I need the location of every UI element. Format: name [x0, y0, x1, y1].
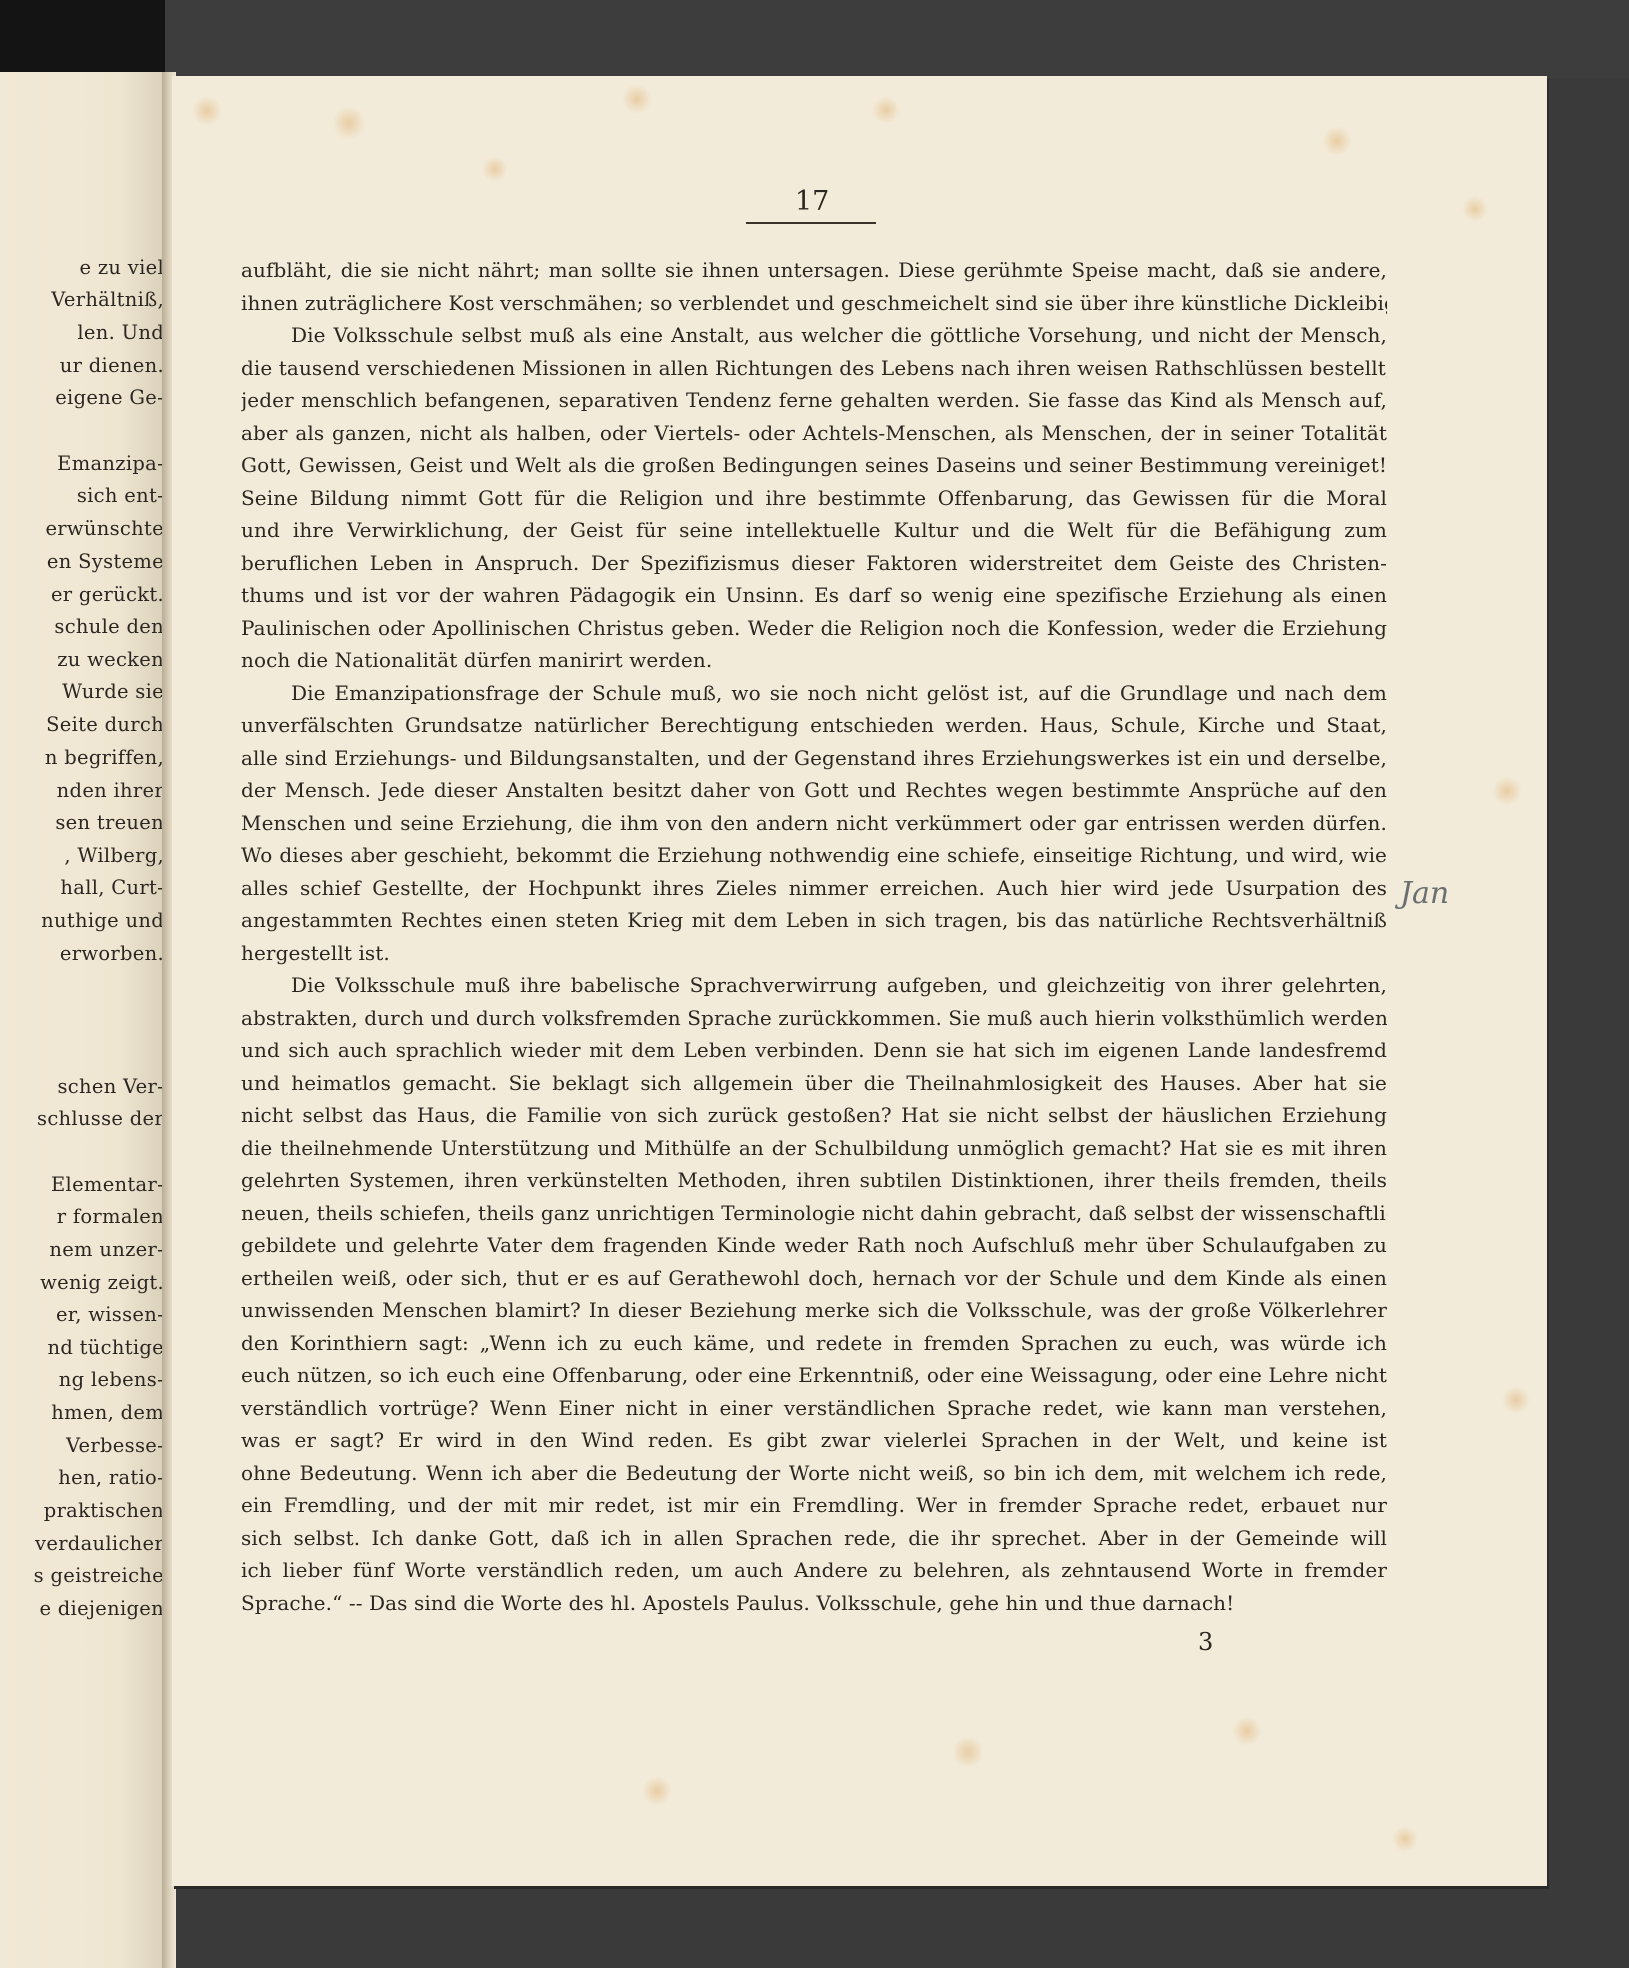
foxing-stain: [642, 1776, 672, 1806]
text-line: sich selbst. Ich danke Gott, daß ich in …: [241, 1522, 1387, 1555]
foxing-stain: [872, 96, 900, 124]
left-page-line: ng lebens-: [59, 1368, 164, 1391]
foxing-stain: [1322, 126, 1352, 156]
text-line: Menschen und seine Erziehung, die ihm vo…: [241, 807, 1387, 840]
left-page-line: e zu viel: [80, 256, 165, 279]
text-line: ein Fremdling, und der mit mir redet, is…: [241, 1489, 1387, 1522]
text-line: Wo dieses aber geschieht, bekommt die Er…: [241, 839, 1387, 872]
text-line: jeder menschlich befangenen, separativen…: [241, 384, 1387, 417]
text-line: und ihre Verwirklichung, der Geist für s…: [241, 514, 1387, 547]
text-line: ertheilen weiß, oder sich, thut er es au…: [241, 1262, 1387, 1295]
left-page-line: nden ihrer: [57, 779, 164, 802]
text-line: alles schief Gestellte, der Hochpunkt ih…: [241, 872, 1387, 905]
foxing-stain: [1502, 1386, 1530, 1414]
text-line: und heimatlos gemacht. Sie beklagt sich …: [241, 1067, 1387, 1100]
foxing-stain: [622, 84, 652, 114]
left-page-line: len. Und: [77, 321, 164, 344]
left-page-line: schlusse der: [37, 1107, 164, 1130]
scan-background-top: [165, 0, 1629, 78]
text-line: der Mensch. Jede dieser Anstalten besitz…: [241, 774, 1387, 807]
scan-background-left: [0, 0, 165, 75]
left-page-line: sen treuen: [55, 811, 164, 834]
left-page-fragment: e zu vielVerhältniß,len. Undur dienen.ei…: [0, 72, 168, 1968]
text-line: alle sind Erziehungs- und Bildungsanstal…: [241, 742, 1387, 775]
text-line: aber als ganzen, nicht als halben, oder …: [241, 417, 1387, 450]
left-page-line: erwünschte: [45, 517, 164, 540]
left-page-line: er gerückt.: [51, 583, 164, 606]
text-line: die theilnehmende Unterstützung und Mith…: [241, 1132, 1387, 1165]
pencil-margin-note: Jan: [1400, 876, 1449, 911]
left-page-line: s geistreiche: [34, 1564, 164, 1587]
left-page-line: Emanzipa-: [57, 452, 164, 475]
left-page-line: wenig zeigt.: [40, 1271, 164, 1294]
text-line: euch nützen, so ich euch eine Offenbarun…: [241, 1359, 1387, 1392]
text-line: den Korinthiern sagt: „Wenn ich zu euch …: [241, 1327, 1387, 1360]
foxing-stain: [482, 156, 508, 182]
left-page-line: Wurde sie: [62, 680, 164, 703]
left-page-line: hall, Curt-: [60, 876, 164, 899]
left-page-line: zu wecken: [57, 648, 164, 671]
left-page-line: erworben.: [60, 942, 164, 965]
foxing-stain: [1392, 1826, 1418, 1852]
left-page-line: hen, ratio-: [58, 1466, 164, 1489]
text-line: und sich auch sprachlich wieder mit dem …: [241, 1034, 1387, 1067]
text-line: was er sagt? Er wird in den Wind reden. …: [241, 1424, 1387, 1457]
text-line: gelehrten Systemen, ihren verkünstelten …: [241, 1164, 1387, 1197]
left-page-line: verdaulicher: [35, 1532, 164, 1555]
text-line: ihnen zuträglichere Kost verschmähen; so…: [241, 287, 1387, 320]
left-page-line: n begriffen,: [45, 746, 164, 769]
text-line: Die Emanzipationsfrage der Schule muß, w…: [241, 677, 1387, 710]
body-text: aufbläht, die sie nicht nährt; man sollt…: [241, 254, 1387, 1619]
left-page-line: sich ent-: [77, 484, 164, 507]
header-rule: [746, 222, 876, 224]
left-page-line: ur dienen.: [60, 354, 164, 377]
text-line: neuen, theils schiefen, theils ganz unri…: [241, 1197, 1387, 1230]
left-page-line: nd tüchtige: [47, 1336, 164, 1359]
text-line: die tausend verschiedenen Missionen in a…: [241, 352, 1387, 385]
left-page-line: nem unzer-: [49, 1238, 164, 1261]
left-page-line: Seite durch: [46, 713, 164, 736]
text-line: unverfälschten Grundsatze natürlicher Be…: [241, 709, 1387, 742]
text-line: verständlich vortrüge? Wenn Einer nicht …: [241, 1392, 1387, 1425]
foxing-stain: [1462, 196, 1488, 222]
text-line: Sprache.“ -- Das sind die Worte des hl. …: [241, 1587, 1387, 1620]
text-line: Gott, Gewissen, Geist und Welt als die g…: [241, 449, 1387, 482]
signature-mark: 3: [1198, 1628, 1213, 1656]
foxing-stain: [952, 1736, 984, 1768]
left-page-line: r formalen: [57, 1205, 164, 1228]
text-line: Paulinischen oder Apollinischen Christus…: [241, 612, 1387, 645]
foxing-stain: [192, 96, 222, 126]
left-page-line: , Wilberg,: [64, 844, 164, 867]
foxing-stain: [332, 106, 366, 140]
text-line: thums und ist vor der wahren Pädagogik e…: [241, 579, 1387, 612]
text-line: nicht selbst das Haus, die Familie von s…: [241, 1099, 1387, 1132]
left-page-line: hmen, dem: [51, 1401, 164, 1424]
left-page-line: schen Ver-: [57, 1075, 164, 1098]
left-page-line: Verbesse-: [66, 1434, 164, 1457]
text-line: abstrakten, durch und durch volksfremden…: [241, 1002, 1387, 1035]
left-page-line: er, wissen-: [56, 1303, 164, 1326]
left-page-line: praktischen: [44, 1499, 164, 1522]
left-page-line: e diejenigen: [39, 1597, 164, 1620]
text-line: gebildete und gelehrte Vater dem fragend…: [241, 1229, 1387, 1262]
text-line: beruflichen Leben in Anspruch. Der Spezi…: [241, 547, 1387, 580]
text-line: angestammten Rechtes einen steten Krieg …: [241, 904, 1387, 937]
left-page-line: Verhältniß,: [51, 288, 164, 311]
text-line: unwissenden Menschen blamirt? In dieser …: [241, 1294, 1387, 1327]
left-page-line: Elementar-: [51, 1173, 164, 1196]
text-line: noch die Nationalität dürfen manirirt we…: [241, 644, 1387, 677]
text-line: Die Volksschule muß ihre babelische Spra…: [241, 969, 1387, 1002]
left-page-line: eigene Ge-: [55, 386, 164, 409]
foxing-stain: [1492, 776, 1522, 806]
left-page-line: en Systeme: [47, 550, 164, 573]
left-page-line: nuthige und: [41, 909, 164, 932]
text-line: Die Volksschule selbst muß als eine Anst…: [241, 319, 1387, 352]
left-page-line: schule den: [54, 615, 164, 638]
text-line: aufbläht, die sie nicht nährt; man sollt…: [241, 254, 1387, 287]
page-number: 17: [795, 186, 829, 217]
foxing-stain: [1232, 1716, 1262, 1746]
text-line: Seine Bildung nimmt Gott für die Religio…: [241, 482, 1387, 515]
text-line: hergestellt ist.: [241, 937, 1387, 970]
text-line: ohne Bedeutung. Wenn ich aber die Bedeut…: [241, 1457, 1387, 1490]
text-line: ich lieber fünf Worte verständlich reden…: [241, 1554, 1387, 1587]
